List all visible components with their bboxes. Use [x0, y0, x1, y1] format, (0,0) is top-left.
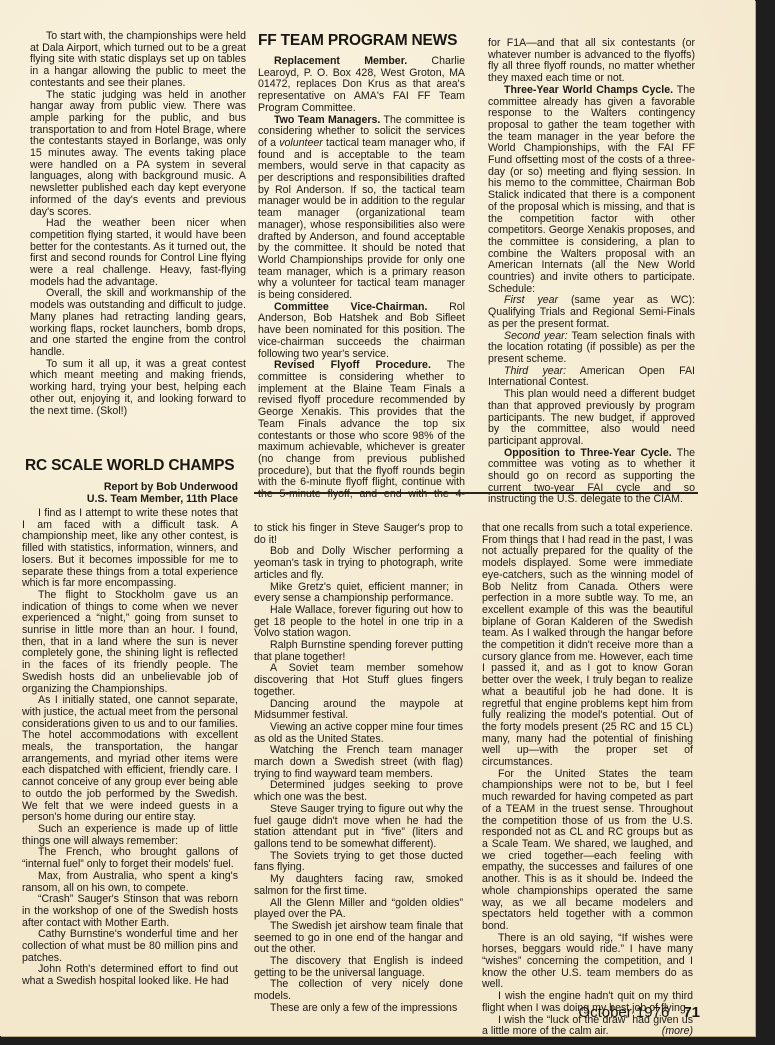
rc-scale-column-2: to stick his finger in Steve Sauger's pr…: [254, 523, 463, 1015]
section-lead: Replacement Member.: [274, 55, 407, 67]
ff-flyoff-continued: for F1A—and that all six contestants (or…: [488, 38, 695, 85]
page-footer: October 197671: [578, 1004, 700, 1021]
emphasis: volunteer: [279, 137, 323, 149]
rc-scale-column-1: Report by Bob Underwood U.S. Team Member…: [22, 481, 238, 988]
ff-section-managers: Two Team Managers. The committee is cons…: [258, 115, 465, 302]
paragraph: A Soviet team member somehow discovering…: [254, 663, 463, 698]
ff-schedule-third-year: Third year: American Open FAI Internatio…: [488, 366, 695, 389]
paragraph: Determined judges seeking to prove which…: [254, 780, 463, 803]
paragraph: The Swedish jet airshow team finale that…: [254, 921, 463, 956]
schedule-label: First year: [504, 294, 558, 306]
paragraph: The collection of very nicely done model…: [254, 979, 463, 1002]
paragraph: My daughters facing raw, smoked salmon f…: [254, 874, 463, 897]
paragraph: The Soviets trying to get those ducted f…: [254, 851, 463, 874]
ff-schedule-second-year: Second year: Team selection finals with …: [488, 331, 695, 366]
paragraph: Cathy Burnstine's wonderful time and her…: [22, 929, 238, 964]
paragraph: For the United States the team champions…: [482, 769, 693, 933]
schedule-label: Second year:: [504, 330, 568, 342]
paragraph: The static judging was held in another h…: [30, 90, 246, 219]
paragraph: Steve Sauger trying to figure out why th…: [254, 804, 463, 851]
section-text: tactical team manager who, if found and …: [258, 137, 465, 301]
paragraph: The French, who brought gallons of “inte…: [22, 847, 238, 870]
paragraph: Such an experience is made up of little …: [22, 824, 238, 847]
paragraph: that one recalls from such a total exper…: [482, 523, 693, 769]
rc-scale-title: RC SCALE WORLD CHAMPS: [25, 457, 234, 475]
paragraph: As I initially stated, one cannot separa…: [22, 695, 238, 824]
paragraph: Hale Wallace, forever figuring out how t…: [254, 605, 463, 640]
section-lead: Opposition to Three-Year Cycle.: [504, 447, 672, 459]
paragraph: to stick his finger in Steve Sauger's pr…: [254, 523, 463, 546]
section-text: The committee already has given a favora…: [488, 84, 695, 295]
paragraph: To start with, the championships were he…: [30, 31, 246, 90]
paragraph: Mike Gretz's quiet, efficient manner; in…: [254, 582, 463, 605]
paragraph: “Crash” Sauger's Stinson that was reborn…: [22, 894, 238, 929]
ff-news-column-1: Replacement Member. Charlie Learoyd, P. …: [258, 56, 465, 500]
byline-author: Report by Bob Underwood: [22, 481, 238, 493]
paragraph: The discovery that English is indeed get…: [254, 956, 463, 979]
paragraph: All the Glenn Miller and “golden oldies”…: [254, 898, 463, 921]
paragraph: Ralph Burnstine spending forever putting…: [254, 640, 463, 663]
paragraph: Watching the French team manager march d…: [254, 745, 463, 780]
paragraph: There is an old saying, “If wishes were …: [482, 933, 693, 992]
previous-article-text: To start with, the championships were he…: [30, 31, 246, 417]
paragraph: Overall, the skill and workmanship of th…: [30, 288, 246, 358]
ff-budget-paragraph: This plan would need a different budget …: [488, 389, 695, 448]
paragraph: To sum it all up, it was a great contest…: [30, 359, 246, 418]
ff-news-column-2: for F1A—and that all six contestants (or…: [488, 38, 695, 506]
ff-schedule-first-year: First year (same year as WC): Qualifying…: [488, 295, 695, 330]
section-lead: Three-Year World Champs Cycle.: [504, 84, 673, 96]
section-lead: Revised Flyoff Procedure.: [274, 360, 431, 371]
paragraph: Bob and Dolly Wischer performing a yeoma…: [254, 546, 463, 581]
ff-section-replacement: Replacement Member. Charlie Learoyd, P. …: [258, 56, 465, 115]
ff-section-vice-chairman: Committee Vice-Chairman. Rol Anderson, B…: [258, 302, 465, 361]
section-text: The committee is considering whether to …: [258, 360, 465, 500]
byline-role: U.S. Team Member, 11th Place: [22, 493, 238, 505]
magazine-page: To start with, the championships were he…: [0, 0, 755, 1036]
section-divider: [254, 492, 698, 494]
page-number: 71: [683, 1004, 700, 1021]
paragraph: Dancing around the maypole at Midsummer …: [254, 699, 463, 722]
section-lead: Two Team Managers.: [274, 114, 380, 126]
paragraph: Viewing an active copper mine four times…: [254, 722, 463, 745]
issue-date: October 1976: [578, 1004, 669, 1021]
rc-scale-column-3: that one recalls from such a total exper…: [482, 523, 693, 1038]
paragraph: I find as I attempt to write these notes…: [22, 508, 238, 590]
ff-news-title: FF TEAM PROGRAM NEWS: [258, 32, 457, 50]
ff-section-three-year: Three-Year World Champs Cycle. The commi…: [488, 85, 695, 296]
paragraph: The flight to Stockholm gave us an indic…: [22, 590, 238, 695]
paragraph: These are only a few of the impressions: [254, 1003, 463, 1015]
paragraph: John Roth's determined effort to find ou…: [22, 964, 238, 987]
section-lead: Committee Vice-Chairman.: [274, 301, 427, 313]
ff-section-opposition: Opposition to Three-Year Cycle. The comm…: [488, 448, 695, 507]
schedule-label: Third year:: [504, 365, 566, 377]
ff-section-flyoff: Revised Flyoff Procedure. The committee …: [258, 360, 465, 500]
paragraph: Max, from Australia, who spent a king's …: [22, 871, 238, 894]
paragraph: Had the weather been nicer when competit…: [30, 218, 246, 288]
continued-marker: (more): [646, 1026, 693, 1038]
